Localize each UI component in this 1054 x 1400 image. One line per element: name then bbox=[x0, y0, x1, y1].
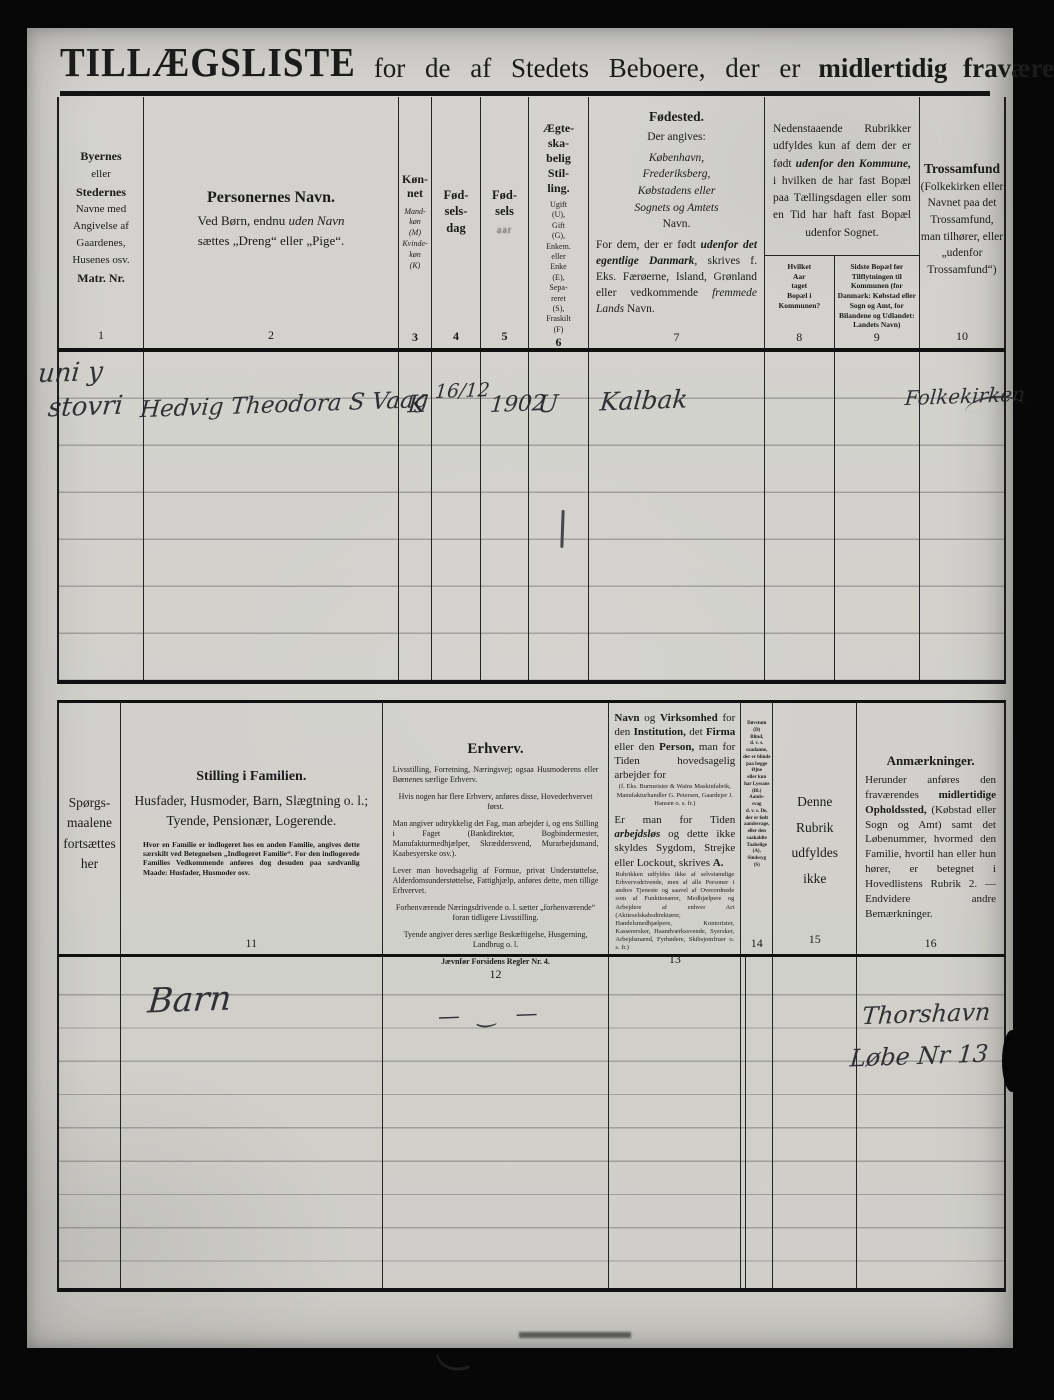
column-header-5-birthyear: Fød- sels aar 5 bbox=[481, 97, 529, 348]
body-cell bbox=[741, 957, 773, 1288]
column-header-16-remarks: Anmærkninger. Herunder anføres den fravæ… bbox=[857, 703, 1004, 954]
handwritten-family-position: Barn bbox=[146, 978, 233, 1021]
column-number: 5 bbox=[481, 329, 528, 348]
header-text: Sidste Bopæl før Tilflytningen til Kommu… bbox=[835, 256, 919, 330]
header-text: Fødested. bbox=[589, 109, 764, 125]
column-number: 15 bbox=[773, 928, 856, 954]
column-number: 4 bbox=[432, 329, 480, 348]
scan-edge-notch bbox=[1002, 1030, 1022, 1092]
header-text: Mand- køn (M) Kvinde- køn (K) bbox=[399, 207, 431, 272]
handwritten-place-line2: stovri bbox=[47, 391, 124, 424]
upper-table-header: Byernes eller Stedernes Navne med Angive… bbox=[57, 97, 1006, 352]
header-text: Stedernes bbox=[59, 183, 143, 202]
header-text: Køn- net bbox=[399, 173, 431, 201]
column-header-6-marital: Ægte- ska- belig Stil- ling. Ugift (U), … bbox=[529, 97, 589, 348]
title-rule bbox=[60, 91, 990, 96]
header-text: Person, bbox=[659, 741, 694, 753]
column-group-8-9: Nedenstaaende Rubrikker udfyldes kun af … bbox=[765, 97, 920, 348]
column-header-12-occupation: Erhverv. Livsstilling, Forretning, Nærin… bbox=[383, 703, 610, 954]
header-text: Virksomhed bbox=[660, 712, 718, 724]
header-text: Anmærkninger. bbox=[857, 753, 1004, 769]
header-text: eller bbox=[59, 166, 143, 183]
header-fine-print: Tyende angiver deres særlige Beskæftigel… bbox=[383, 930, 609, 950]
column-number: 14 bbox=[741, 936, 772, 954]
column-header-7-birthplace: Fødested. Der angives: København, Freder… bbox=[589, 97, 765, 348]
header-text: og bbox=[639, 712, 660, 724]
column-header-continuation-label: Spørgs- maalene fortsættes her bbox=[59, 703, 121, 954]
header-text: Denne Rubrik udfyldes ikke bbox=[773, 789, 856, 892]
column-header-8-year-moved: Hvilket Aar taget Bopæl i Kommunen? 8 bbox=[765, 256, 835, 348]
column-number: 1 bbox=[59, 326, 143, 348]
column-header-15-not-filled: Denne Rubrik udfyldes ikke 15 bbox=[773, 703, 857, 954]
header-fine-print: (f. Eks. Burmeister & Wains Maskinfabrik… bbox=[609, 782, 740, 807]
column-number: 2 bbox=[144, 326, 398, 348]
body-cell bbox=[609, 957, 741, 1288]
header-text-smudged: aar bbox=[481, 224, 528, 237]
header-text: Navn. bbox=[624, 303, 655, 315]
column-header-1-place: Byernes eller Stedernes Navne med Angive… bbox=[59, 97, 144, 348]
handwritten-marital-status: U bbox=[537, 390, 560, 419]
handwritten-place-line1: uni y bbox=[37, 357, 104, 389]
column-number: 9 bbox=[835, 330, 919, 348]
header-paragraph: For dem, der er født udenfor det egentli… bbox=[589, 233, 764, 317]
column-header-4-birthday: Fød- sels- dag 4 bbox=[432, 97, 481, 348]
header-text: Er man for Tiden bbox=[614, 814, 735, 826]
header-text: Firma bbox=[706, 726, 735, 738]
header-text: Byernes bbox=[59, 147, 143, 166]
header-text: i hvilken de har fast Bopæl paa Tællings… bbox=[773, 175, 911, 239]
header-fine-print: Man angiver udtrykkelig det Fag, man arb… bbox=[383, 819, 609, 859]
header-text: (Købstad eller Sogn og Amt) samt det Løb… bbox=[865, 804, 996, 920]
header-fine-print: Hvor en Familie er indlogeret hos en and… bbox=[121, 840, 382, 878]
header-paragraph: Herunder anføres den fraværendes midlert… bbox=[857, 769, 1004, 921]
page-title: TILLÆGSLISTE for de af Stedets Beboere, … bbox=[60, 44, 994, 87]
title-emphasis: midlertidig fraværende. bbox=[818, 53, 1054, 84]
header-text: eller den bbox=[614, 741, 659, 753]
header-fine-print: Lever man hovedsagelig af Formue, privat… bbox=[383, 866, 609, 896]
header-text: København, Frederiksberg, Købstadens ell… bbox=[589, 150, 764, 217]
column-number: 8 bbox=[765, 330, 834, 348]
printer-imprint bbox=[519, 1332, 631, 1338]
header-text: Hvilket Aar taget Bopæl i Kommunen? bbox=[765, 256, 834, 311]
header-text: Ægte- ska- belig Stil- ling. bbox=[529, 121, 588, 196]
body-cell bbox=[765, 352, 835, 680]
column-number: 10 bbox=[920, 328, 1004, 348]
header-text: Navn. bbox=[589, 216, 764, 233]
handwritten-sex: K bbox=[407, 390, 427, 419]
column-header-10-faith: Trossamfund (Folkekirken eller Navnet pa… bbox=[920, 97, 1004, 348]
body-cell bbox=[773, 957, 857, 1288]
census-form-page: TILLÆGSLISTE for de af Stedets Beboere, … bbox=[27, 28, 1013, 1348]
column-number: 11 bbox=[121, 936, 382, 954]
header-text: Institution, bbox=[634, 726, 686, 738]
header-text: uden Navn bbox=[289, 213, 345, 228]
header-text: Trossamfund bbox=[920, 159, 1004, 179]
column-number: 3 bbox=[399, 331, 431, 348]
header-text: Personernes Navn. bbox=[144, 185, 398, 211]
title-lead: TILLÆGSLISTE bbox=[60, 39, 356, 87]
header-text: Fød- sels- dag bbox=[432, 187, 480, 236]
header-text: Navn og Virksomhed for den Institution, … bbox=[609, 711, 740, 782]
header-text: arbejdsløs bbox=[614, 828, 660, 840]
handwritten-remark-line2: Løbe Nr 13 bbox=[849, 1040, 990, 1073]
header-text: Der angives: bbox=[589, 129, 764, 146]
handwritten-birth-day: 16/12 bbox=[434, 379, 491, 403]
header-text: Fød- sels bbox=[481, 187, 528, 220]
handwritten-birthplace: Kalbak bbox=[599, 384, 689, 416]
header-text: For dem, der er født bbox=[596, 239, 701, 251]
header-text: udenfor den Kommune, bbox=[796, 158, 911, 170]
body-cell bbox=[59, 957, 121, 1288]
header-text: Spørgs- maalene fortsættes her bbox=[59, 793, 120, 874]
header-text: sættes „Dreng“ eller „Pige“. bbox=[144, 231, 398, 252]
header-text: Navne med Angivelse af Gaardenes, Husene… bbox=[59, 201, 143, 269]
header-fine-print: Rubrikken udfyldes ikke af selvstændige … bbox=[609, 870, 740, 952]
header-text: Ugift (U), Gift (G), Enkem. eller Enke (… bbox=[529, 200, 588, 335]
column-header-3-sex: Køn- net Mand- køn (M) Kvinde- køn (K) 3 bbox=[399, 97, 432, 348]
double-rule bbox=[745, 957, 746, 1288]
header-fine-print: Forhenværende Næringsdrivende o. l. sætt… bbox=[383, 903, 609, 923]
column-header-14-disabilities: Døvstum (D) Blind, d. v. s. saadanne, de… bbox=[741, 703, 773, 954]
header-text: Ved Børn, endnu bbox=[198, 213, 289, 228]
lower-table-header: Spørgs- maalene fortsættes her Stilling … bbox=[57, 700, 1006, 957]
column-number: 16 bbox=[857, 936, 1004, 954]
column-header-2-name: Personernes Navn. Ved Børn, endnu uden N… bbox=[144, 97, 399, 348]
column-header-9-last-residence: Sidste Bopæl før Tilflytningen til Kommu… bbox=[835, 256, 919, 348]
header-text: A. bbox=[713, 857, 724, 869]
header-text: Er man for Tiden arbejdsløs og dette ikk… bbox=[609, 813, 740, 870]
column-number: 6 bbox=[529, 335, 588, 353]
header-text: Husfader, Husmoder, Barn, Slægtning o. l… bbox=[121, 785, 382, 832]
header-fine-print: Livsstilling, Forretning, Næringsvej; og… bbox=[383, 765, 609, 785]
header-text: (Folkekirken eller Navnet paa det Trossa… bbox=[920, 179, 1004, 279]
header-text: Navn bbox=[614, 712, 639, 724]
group-subcolumns: Hvilket Aar taget Bopæl i Kommunen? 8 Si… bbox=[765, 255, 919, 348]
handwritten-occupation-dashes: — ‿ — bbox=[437, 1001, 545, 1030]
scanned-page-background: TILLÆGSLISTE for de af Stedets Beboere, … bbox=[0, 0, 1054, 1400]
group-header-text: Nedenstaaende Rubrikker udfyldes kun af … bbox=[765, 97, 919, 255]
ink-scribble bbox=[436, 1346, 470, 1377]
column-header-11-family-position: Stilling i Familien. Husfader, Husmoder,… bbox=[121, 703, 383, 954]
header-fine-print: Døvstum (D) Blind, d. v. s. saadanne, de… bbox=[741, 703, 772, 870]
header-text: Stilling i Familien. bbox=[121, 769, 382, 785]
column-number: 7 bbox=[589, 330, 764, 348]
header-text: Matr. Nr. bbox=[59, 269, 143, 288]
header-text: Ved Børn, endnu uden Navn bbox=[144, 211, 398, 232]
header-fine-print: Hvis nogen har flere Erhverv, anføres di… bbox=[383, 792, 609, 812]
header-text: Erhverv. bbox=[383, 741, 609, 758]
header-text: det bbox=[686, 726, 706, 738]
title-middle: for de af Stedets Beboere, der er bbox=[374, 53, 801, 84]
handwritten-remark-line1: Thorshavn bbox=[861, 998, 992, 1031]
column-header-13-employer: Navn og Virksomhed for den Institution, … bbox=[609, 703, 741, 954]
